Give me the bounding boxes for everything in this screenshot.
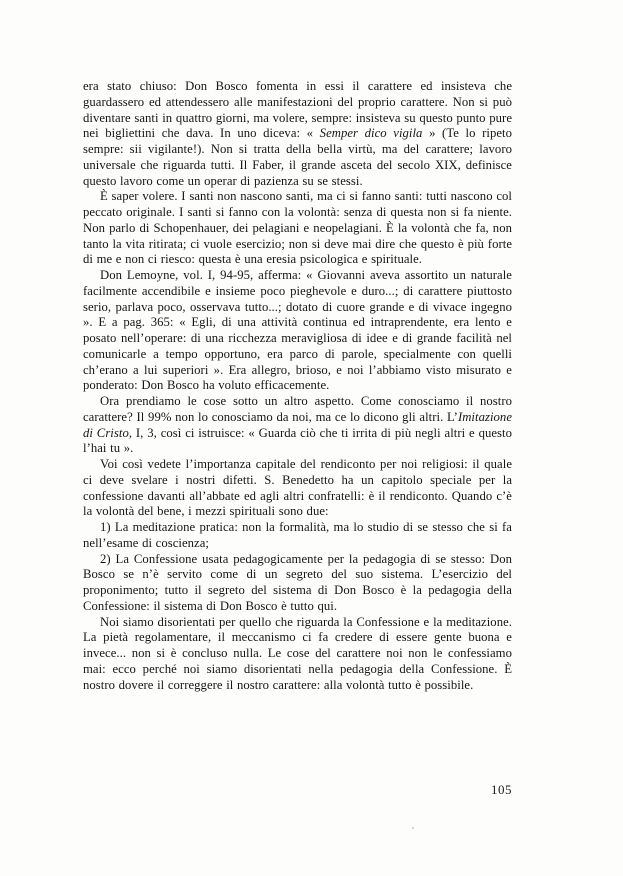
paragraph: Don Lemoyne, vol. I, 94-95, afferma: « G… bbox=[83, 268, 512, 394]
page-number: 105 bbox=[83, 782, 512, 798]
paragraph: È saper volere. I santi non nascono sant… bbox=[83, 189, 512, 268]
text-run: Voi così vedete l’importanza capitale de… bbox=[83, 457, 512, 518]
text-run: 2) La Confessione usata pedagogicamente … bbox=[83, 552, 512, 613]
paragraph: 2) La Confessione usata pedagogicamente … bbox=[83, 552, 512, 615]
text-run: Ora prendiamo le cose sotto un altro asp… bbox=[83, 394, 512, 424]
scan-speck bbox=[412, 827, 414, 829]
page-text: era stato chiuso: Don Bosco fomenta in e… bbox=[83, 79, 512, 693]
text-run: Don Lemoyne, vol. I, 94-95, afferma: « G… bbox=[83, 268, 512, 392]
paragraph: era stato chiuso: Don Bosco fomenta in e… bbox=[83, 79, 512, 189]
paragraph: Voi così vedete l’importanza capitale de… bbox=[83, 457, 512, 520]
text-run: 1) La meditazione pratica: non la formal… bbox=[83, 520, 512, 550]
text-run: È saper volere. I santi non nascono sant… bbox=[83, 189, 512, 266]
paragraph: Noi siamo disorientati per quello che ri… bbox=[83, 615, 512, 694]
paragraph: Ora prendiamo le cose sotto un altro asp… bbox=[83, 394, 512, 457]
paragraph: 1) La meditazione pratica: non la formal… bbox=[83, 520, 512, 552]
text-run: Noi siamo disorientati per quello che ri… bbox=[83, 615, 512, 692]
text-run: , I, 3, così ci istruisce: « Guarda ciò … bbox=[83, 426, 512, 456]
book-page: era stato chiuso: Don Bosco fomenta in e… bbox=[0, 0, 623, 876]
italic-text-run: Semper dico vigila bbox=[320, 126, 423, 140]
